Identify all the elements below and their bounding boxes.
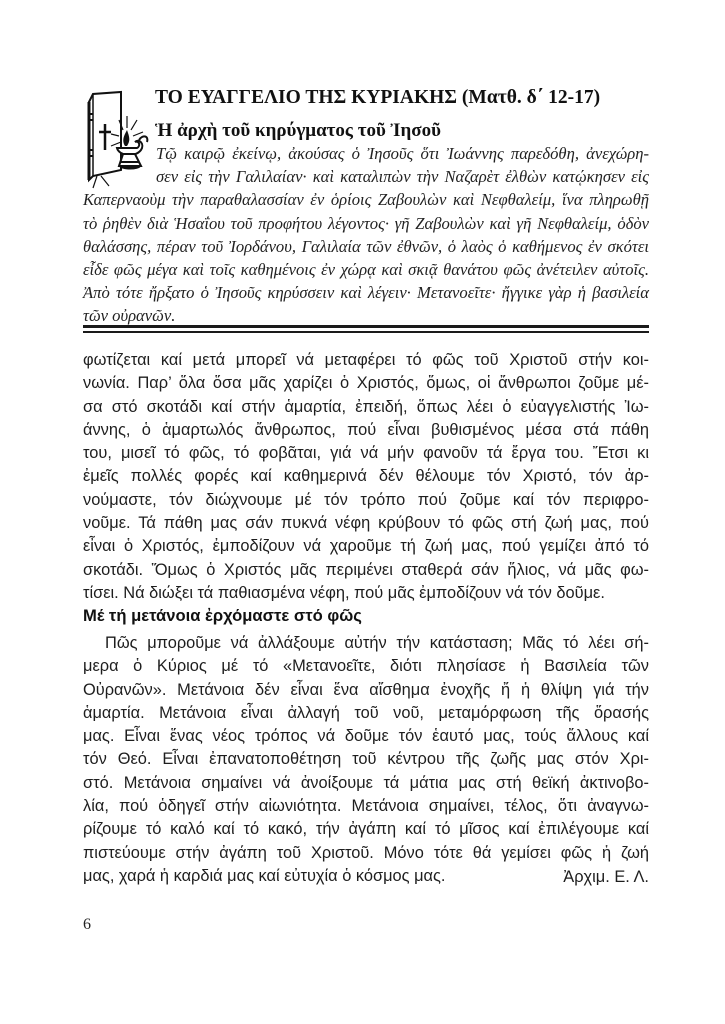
- text-line: νωνία. Παρ’ ὅλα ὅσα μᾶς χαρίζει ὁ Χριστό…: [83, 372, 649, 395]
- gospel-line: Ἀπὸ τότε ἤρξατο ὁ Ἰησοῦς κηρύσσειν καὶ λ…: [83, 281, 649, 304]
- text-line: άννης, ὁ ἁμαρτωλός ἄνθρωπος, πού εἶναι β…: [83, 419, 649, 442]
- gospel-line: σεν εἰς τὴν Γαλιλαίαν· καὶ καταλιπὼν τὴν…: [83, 165, 649, 188]
- double-rule-divider: [83, 325, 649, 334]
- gospel-subtitle: Ἡ ἀρχὴ τοῦ κηρύγματος τοῦ Ἰησοῦ: [155, 119, 441, 143]
- gospel-line: τὸ ῥηθὲν διὰ Ἡσαΐου τοῦ προφήτου λέγοντο…: [83, 212, 649, 235]
- text-line: μερα ὁ Κύριος μέ τό «Μετανοεῖτε, διότι π…: [83, 655, 649, 678]
- text-line: σα στό σκοτάδι καί στήν ἁμαρτία, ἐπειδή,…: [83, 396, 649, 419]
- text-line: τόν Θεό. Εἶναι ἐπανατοποθέτηση τοῦ κέντρ…: [83, 748, 649, 771]
- gospel-text: Τῷ καιρῷ ἐκείνῳ, ἀκούσας ὁ Ἰησοῦς ὅτι Ἰω…: [83, 142, 649, 328]
- text-line: στό. Μετάνοια σημαίνει νά ἀνοίξουμε τά μ…: [83, 772, 649, 795]
- gospel-line: θαλάσσης, πέραν τοῦ Ἰορδάνου, Γαλιλαία τ…: [83, 235, 649, 258]
- gospel-title: ΤΟ ΕΥΑΓΓΕΛΙΟ ΤΗΣ ΚΥΡΙΑΚΗΣ (Ματθ. δ΄ 12-1…: [155, 86, 600, 110]
- text-line: νοῦμε. Τά πάθη μας σάν πυκνά νέφη κρύβου…: [83, 512, 649, 535]
- text-line: εἶναι ὁ Χριστός, ἐμποδίζουν νά χαροῦμε τ…: [83, 535, 649, 558]
- section-heading: Μέ τή μετάνοια ἐρχόμαστε στό φῶς: [83, 605, 362, 627]
- text-line: ρίζουμε τό καλό καί τό κακό, τήν ἀγάπη κ…: [83, 818, 649, 841]
- text-line: πιστεύουμε στήν ἀγάπη τοῦ Χριστοῦ. Μόνο …: [83, 842, 649, 865]
- gospel-line: Τῷ καιρῷ ἐκείνῳ, ἀκούσας ὁ Ἰησοῦς ὅτι Ἰω…: [83, 142, 649, 165]
- text-line: ἁμαρτία. Μετάνοια εἶναι ἀλλαγή τοῦ νοῦ, …: [83, 702, 649, 725]
- text-line: μας. Εἶναι ἕνας νέος τρόπος νά δοῦμε τόν…: [83, 725, 649, 748]
- paragraph-1: φωτίζεται καί μετά μπορεῖ νά μεταφέρει τ…: [83, 349, 649, 605]
- text-line: Πῶς μποροῦμε νά ἀλλάξουμε αὐτήν τήν κατά…: [83, 632, 649, 655]
- text-line: ἐμεῖς πολλές φορές καί καθημερινά δέν θέ…: [83, 465, 649, 488]
- rule-thick: [83, 325, 649, 328]
- author-signature: Ἀρχιμ. Ε. Λ.: [563, 866, 649, 888]
- text-line: φωτίζεται καί μετά μπορεῖ νά μεταφέρει τ…: [83, 349, 649, 372]
- text-line: σκοτάδι. Ὅμως ὁ Χριστός μᾶς περιμένει στ…: [83, 559, 649, 582]
- text-line: Οὐρανῶν». Μετάνοια δέν εἶναι ἕνα αἴσθημα…: [83, 679, 649, 702]
- rule-thin: [83, 331, 649, 333]
- text-line: νούμαστε, τόν διώχνουμε μέ τόν τρόπο πού…: [83, 489, 649, 512]
- gospel-line: εἶδε φῶς μέγα καὶ τοῖς καθημένοις ἐν χώρ…: [83, 258, 649, 281]
- text-line: λία, πού ὁδηγεῖ στήν αἰωνιότητα. Μετάνοι…: [83, 795, 649, 818]
- book-page: ΤΟ ΕΥΑΓΓΕΛΙΟ ΤΗΣ ΚΥΡΙΑΚΗΣ (Ματθ. δ΄ 12-1…: [0, 0, 725, 1024]
- text-line: του, μισεῖ τό φῶς, τό φοβᾶται, γιά νά μή…: [83, 442, 649, 465]
- gospel-line: Καπερναοὺμ τὴν παραθαλασσίαν ἐν ὁρίοις Ζ…: [83, 188, 649, 211]
- text-line: τίσει. Νά διώξει τά παθιασμένα νέφη, πού…: [83, 582, 649, 605]
- page-number: 6: [83, 915, 91, 935]
- paragraph-2: Πῶς μποροῦμε νά ἀλλάξουμε αὐτήν τήν κατά…: [83, 632, 649, 888]
